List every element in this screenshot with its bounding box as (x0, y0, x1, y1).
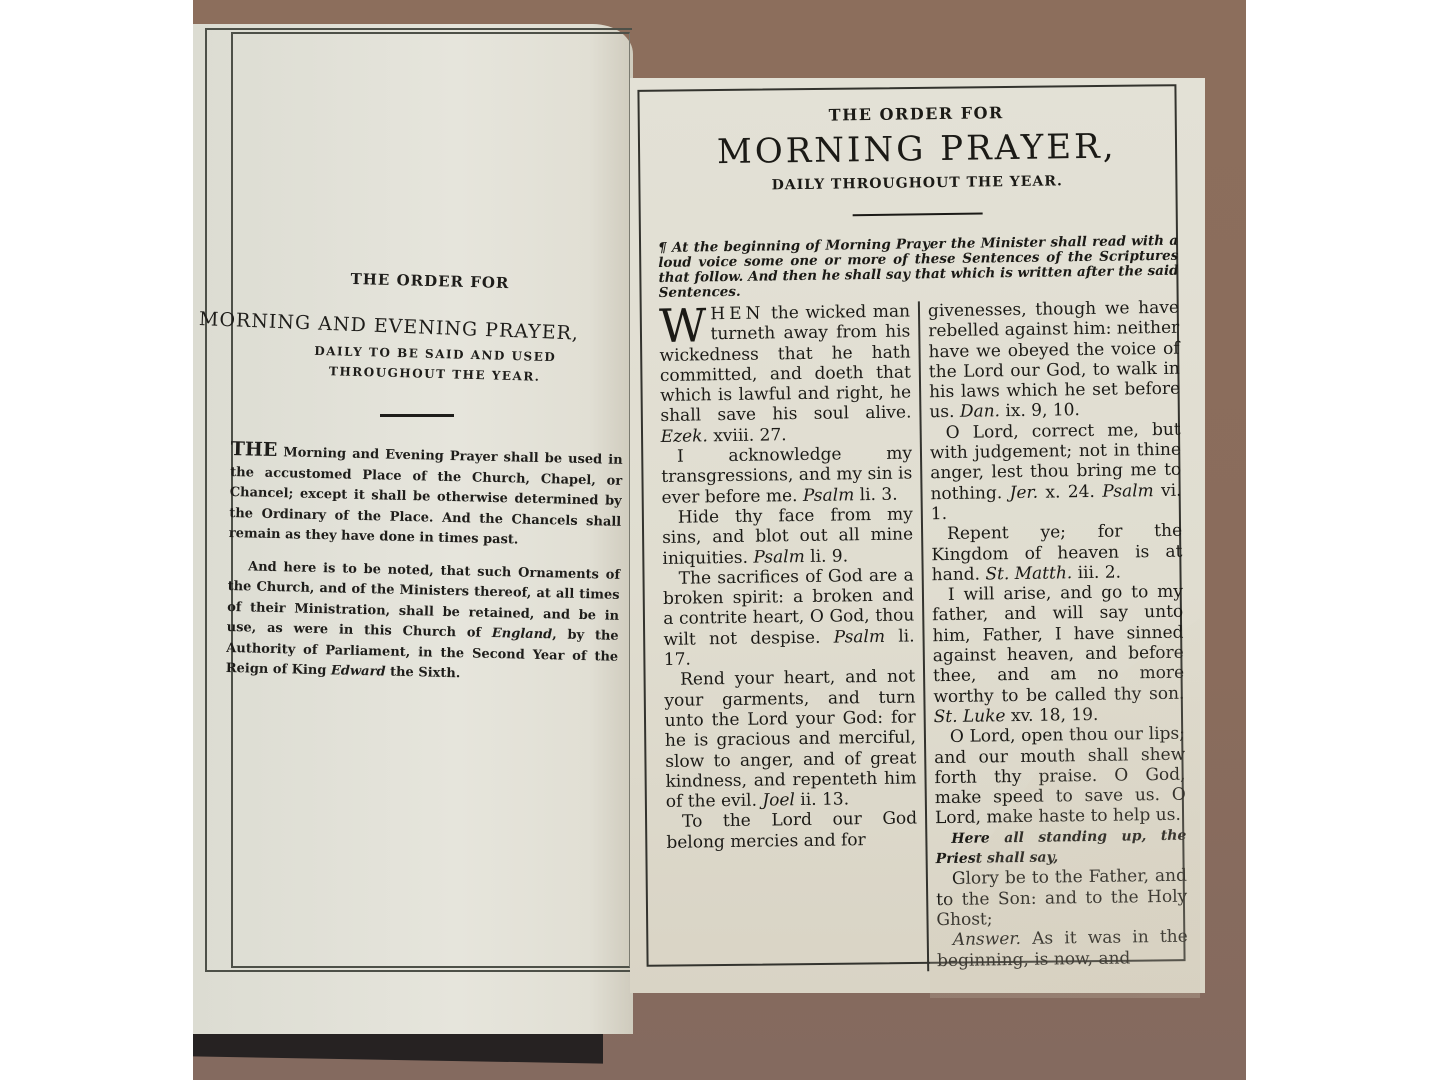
left-page: THE ORDER FOR MORNING AND EVENING PRAYER… (193, 24, 633, 1034)
sentence-6-ref-tail: ix. 9, 10. (1000, 401, 1080, 422)
gloria: Glory be to the Father, and to the Son: … (936, 866, 1188, 930)
sentence-7-ref2: Psalm (1102, 481, 1154, 502)
left-paragraph-2-part3: the Sixth. (385, 665, 460, 682)
sentence-3-ref-tail: li. 9. (805, 546, 849, 567)
sentence-1: WHEN the wicked man turneth away from hi… (659, 301, 912, 447)
sentences-column-right: givenesses, though we have rebelled agai… (928, 298, 1188, 971)
sentence-1-smallcaps: HEN (710, 304, 764, 325)
column-divider (918, 301, 929, 971)
sentence-3-ref: Psalm (753, 547, 805, 568)
right-page-content: THE ORDER FOR MORNING PRAYER, DAILY THRO… (656, 91, 1188, 975)
left-paragraph-2-italic1: England (492, 626, 553, 642)
left-paragraph-1-text: Morning and Evening Prayer shall be used… (229, 445, 623, 547)
sentence-5-ref-tail: ii. 13. (795, 789, 849, 810)
sentence-6-ref: Dan. (960, 402, 1000, 423)
sentence-2: I acknowledge my transgressions, and my … (661, 444, 913, 508)
sentence-1-ref: Ezek. (661, 426, 708, 447)
answer: Answer. As it was in the beginning, is n… (937, 927, 1189, 971)
answer-label: Answer. (953, 929, 1022, 950)
right-subheading: DAILY THROUGHOUT THE YEAR. (657, 172, 1177, 195)
right-heading-small: THE ORDER FOR (656, 101, 1176, 127)
versicles: O Lord, open thou our lips; and our mout… (934, 724, 1186, 829)
gloria-rubric: Here all standing up, the Priest shall s… (935, 825, 1187, 869)
sentence-8-ref: St. Matth. (985, 563, 1072, 584)
sentence-9-text: I will arise, and go to my father, and w… (932, 582, 1184, 707)
sentence-2-ref-tail: li. 3. (854, 484, 898, 505)
left-paragraph-2: And here is to be noted, that such Ornam… (226, 556, 621, 688)
sentence-9: I will arise, and go to my father, and w… (932, 582, 1185, 728)
left-paragraph-1: THE Morning and Evening Prayer shall be … (229, 439, 623, 553)
left-divider-rule (380, 414, 454, 417)
sentence-4-ref: Psalm (834, 627, 886, 648)
sentence-6: To the Lord our God belong mercies and f… (666, 809, 918, 853)
sentence-6-text: To the Lord our God belong mercies and f… (666, 809, 917, 853)
sentence-2-ref: Psalm (803, 485, 855, 506)
right-divider-rule (853, 212, 983, 216)
sentence-9-ref: St. Luke (934, 706, 1006, 727)
sentence-7-ref: Jer. (1009, 482, 1038, 502)
sentence-7: O Lord, correct me, but with judgement; … (930, 419, 1182, 524)
sentence-3: Hide thy face from my sins, and blot out… (662, 504, 914, 568)
sentence-6-cont: givenesses, though we have rebelled agai… (928, 298, 1181, 423)
sentence-1-ref-tail: xviii. 27. (708, 425, 787, 446)
drop-cap: W (659, 306, 707, 345)
left-paragraph-1-cap: THE (231, 438, 278, 461)
sentence-9-ref-tail: xv. 18, 19. (1005, 705, 1098, 726)
sentence-5: Rend your heart, and not your garments, … (664, 667, 917, 813)
right-heading-main: MORNING PRAYER, (656, 126, 1177, 173)
book-photo: THE ORDER FOR MORNING AND EVENING PRAYER… (193, 0, 1246, 1080)
versicles-text: O Lord, open thou our lips; and our mout… (934, 724, 1186, 829)
left-subheading: DAILY TO BE SAID AND USED THROUGHOUT THE… (235, 339, 636, 389)
sentence-5-ref: Joel (762, 790, 795, 810)
left-body-text: THE Morning and Evening Prayer shall be … (226, 439, 623, 688)
left-paragraph-2-italic2: Edward (331, 663, 386, 679)
opening-rubric: ¶ At the beginning of Morning Prayer the… (658, 234, 1179, 301)
sentence-8: Repent ye; for the Kingdom of heaven is … (931, 521, 1183, 585)
sentence-4: The sacrifices of God are a broken spiri… (663, 565, 915, 670)
sentences-column-left: WHEN the wicked man turneth away from hi… (659, 301, 919, 974)
sentence-7-ref-tail: x. 24. (1038, 481, 1102, 502)
left-page-content: THE ORDER FOR MORNING AND EVENING PRAYER… (235, 272, 635, 692)
sentences-columns: WHEN the wicked man turneth away from hi… (659, 298, 1188, 975)
right-page: THE ORDER FOR MORNING PRAYER, DAILY THRO… (630, 78, 1205, 993)
sentence-8-ref-tail: iii. 2. (1072, 562, 1121, 583)
